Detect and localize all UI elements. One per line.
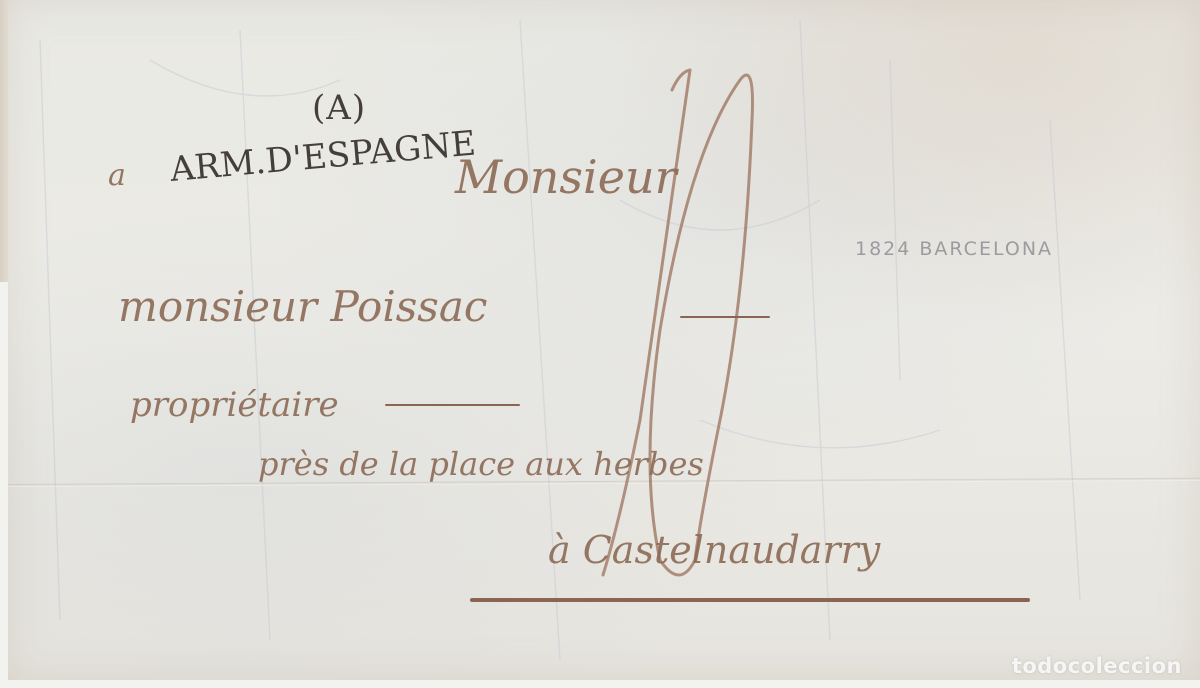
address-city: à Castelnaudarry: [548, 528, 880, 572]
name-underline: [680, 316, 770, 318]
address-title: propriétaire: [130, 385, 339, 425]
address-street: près de la place aux herbes: [258, 445, 704, 483]
city-underline: [470, 598, 1030, 602]
army-letter-stamp: (A): [312, 88, 366, 128]
address-salutation: Monsieur: [455, 150, 677, 204]
address-prefix: a: [108, 158, 126, 193]
address-name: monsieur Poissac: [118, 282, 487, 331]
pencil-note: 1824 BARCELONA: [855, 238, 1053, 260]
todocoleccion-watermark: todocoleccion: [1012, 654, 1182, 678]
title-underline: [385, 404, 520, 406]
letter-paper: [8, 0, 1200, 680]
